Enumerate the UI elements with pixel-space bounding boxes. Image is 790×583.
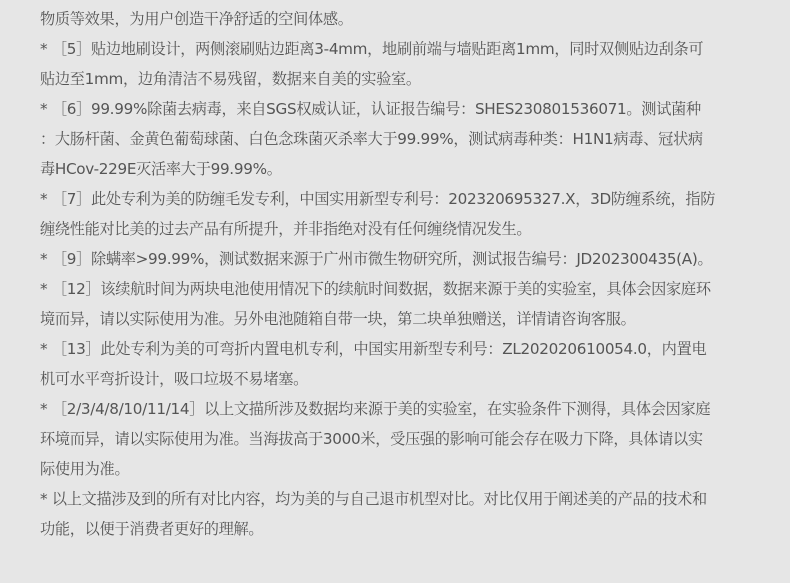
footnotes-block: 物质等效果，为用户创造干净舒适的空间体感。 * ［5］贴边地刷设计，两侧滚刷贴边… <box>40 4 760 544</box>
footnote-line: 缠绕性能对比美的过去产品有所提升，并非指绝对没有任何缠绕情况发生。 <box>40 214 760 244</box>
footnote-9: * ［9］除螨率>99.99%，测试数据来源于广州市微生物研究所，测试报告编号：… <box>40 244 760 274</box>
footnote-7: * ［7］此处专利为美的防缠毛发专利，中国实用新型专利号：20232069532… <box>40 184 760 214</box>
footnote-12: * ［12］该续航时间为两块电池使用情况下的续航时间数据，数据来源于美的实验室，… <box>40 274 760 304</box>
footnote-line: 物质等效果，为用户创造干净舒适的空间体感。 <box>40 4 760 34</box>
footnote-2-3-4-8-10-11-14: * ［2/3/4/8/10/11/14］以上文描所涉及数据均来源于美的实验室，在… <box>40 394 760 424</box>
footnote-6: * ［6］99.99%除菌去病毒，来自SGS权威认证，认证报告编号：SHES23… <box>40 94 760 124</box>
footnote-line: 境而异，请以实际使用为准。另外电池随箱自带一块，第二块单独赠送，详情请咨询客服。 <box>40 304 760 334</box>
footnote-line: 际使用为准。 <box>40 454 760 484</box>
footnote-13: * ［13］此处专利为美的可弯折内置电机专利，中国实用新型专利号：ZL20202… <box>40 334 760 364</box>
footnote-line: 机可水平弯折设计，吸口垃圾不易堵塞。 <box>40 364 760 394</box>
footnote-line: 环境而异，请以实际使用为准。当海拔高于3000米，受压强的影响可能会存在吸力下降… <box>40 424 760 454</box>
footnote-line: 贴边至1mm，边角清洁不易残留，数据来自美的实验室。 <box>40 64 760 94</box>
footnote-line: ：大肠杆菌、金黄色葡萄球菌、白色念珠菌灭杀率大于99.99%，测试病毒种类：H1… <box>40 124 760 154</box>
footnote-line: 功能，以便于消费者更好的理解。 <box>40 514 760 544</box>
footnote-5: * ［5］贴边地刷设计，两侧滚刷贴边距离3-4mm，地刷前端与墙贴距离1mm，同… <box>40 34 760 64</box>
footnote-comparison: * 以上文描涉及到的所有对比内容，均为美的与自己退市机型对比。对比仅用于阐述美的… <box>40 484 760 514</box>
footnote-line: 毒HCov-229E灭活率大于99.99%。 <box>40 154 760 184</box>
